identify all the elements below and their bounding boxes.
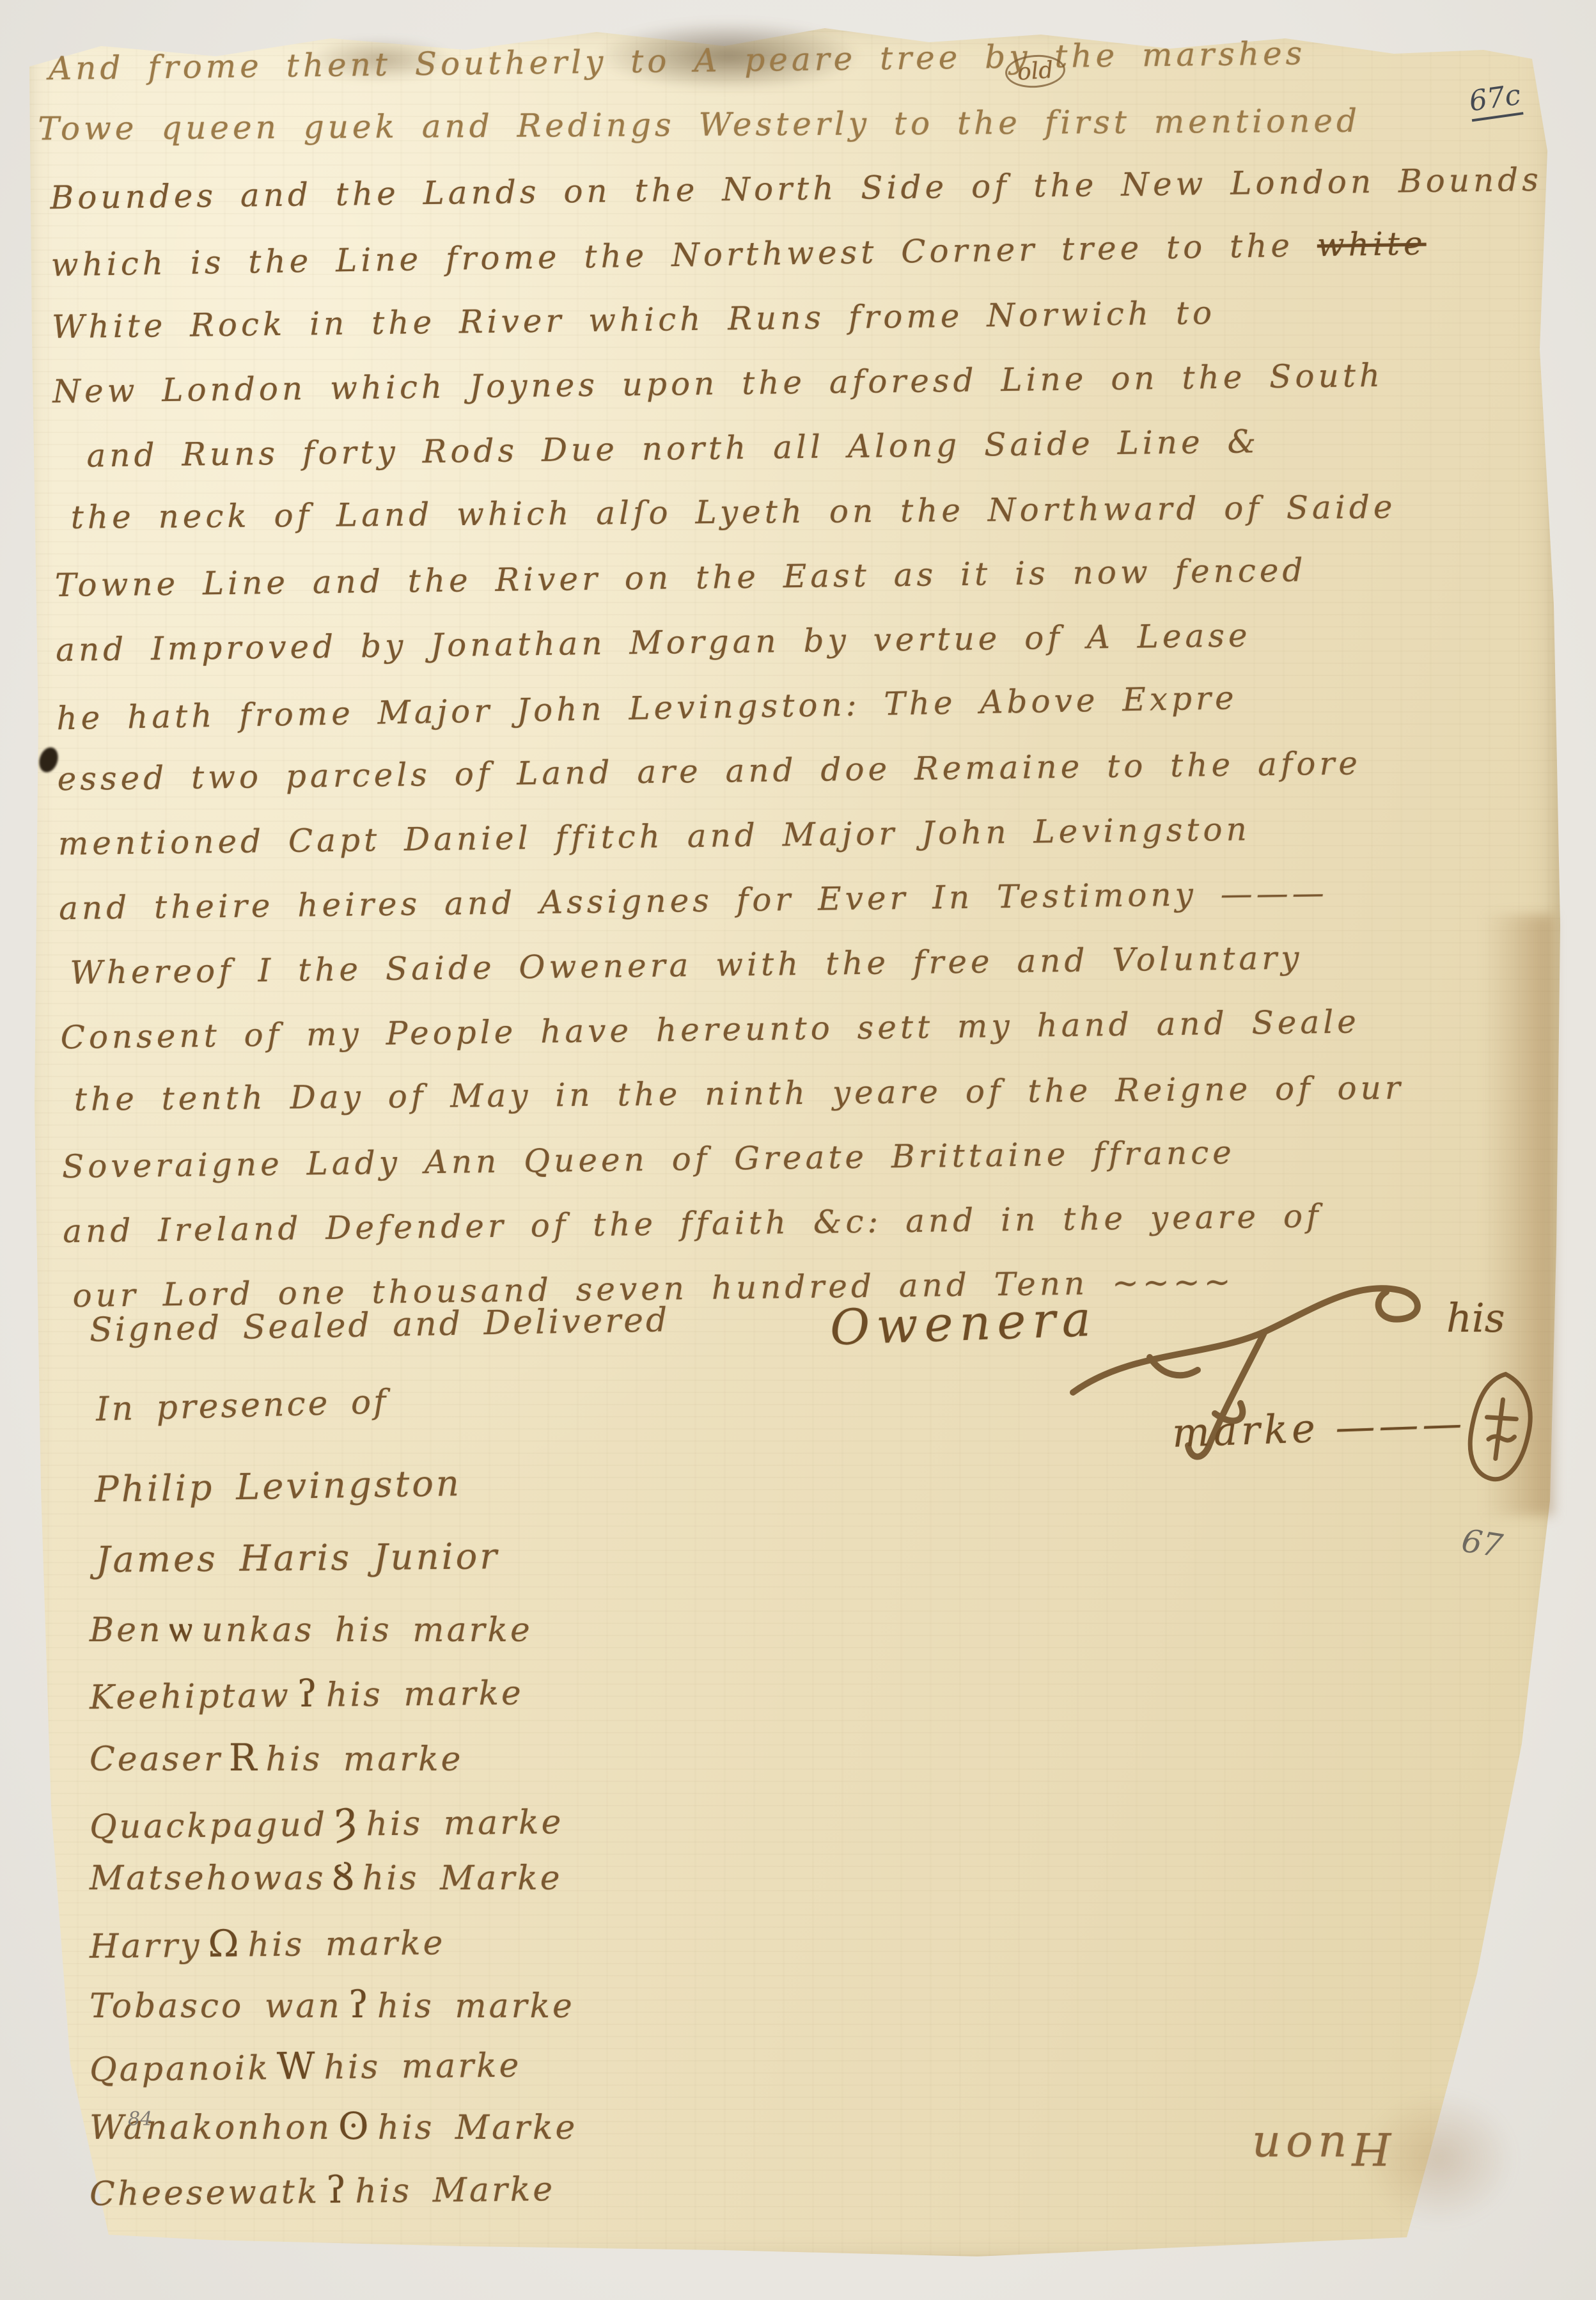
- witness-mark-glyph: ʔ: [342, 1983, 377, 2026]
- struck-out-word: white: [1317, 225, 1427, 264]
- witness-mark-label: his marke: [247, 1924, 445, 1964]
- witness-mark-row: Benѡunkas his marke: [90, 1607, 533, 1650]
- witness-mark-glyph: Ȝ: [327, 1800, 366, 1845]
- deed-body-text: And frome thent Southerly to A peare tre…: [49, 32, 1554, 1342]
- archival-pencil-number-bottom: 84: [128, 2108, 152, 2131]
- wax-seal-mark: [1455, 1362, 1544, 1492]
- witness-mark-glyph: ʔ: [290, 1672, 326, 1716]
- inverted-ink-fragment: Huon: [1247, 2122, 1391, 2175]
- witness-name: Matsehowas: [90, 1859, 326, 1898]
- witness-mark-label: unkas his marke: [201, 1611, 533, 1650]
- witness-name: Ceaser: [90, 1740, 223, 1779]
- witness-mark-glyph: W: [270, 2044, 324, 2088]
- witness-name: Wanakonhon: [90, 2109, 332, 2147]
- witness-name: Keehiptaw: [90, 1676, 291, 1717]
- witness-mark-glyph: ʔ: [320, 2168, 356, 2212]
- witness-mark-row: Keehiptawʔhis marke: [90, 1669, 524, 1717]
- witness-mark-glyph: ʘ: [332, 2104, 378, 2148]
- witness-mark-label: his Marke: [363, 1859, 563, 1898]
- witness-mark-glyph: Ω: [201, 1921, 248, 1965]
- witness-mark-row: QapanoikWhis marke: [90, 2042, 522, 2090]
- witness-mark-row: HarryΩhis marke: [90, 1919, 446, 1967]
- witness-name: Qapanoik: [90, 2049, 270, 2090]
- witness-name: Harry: [90, 1926, 202, 1966]
- witness-name: Tobasco wan: [90, 1987, 342, 2026]
- witness-name: Cheesewatk: [90, 2173, 320, 2214]
- witness-mark-row: Tobasco wanʔhis marke: [90, 1983, 575, 2026]
- witness-mark-label: his marke: [377, 1987, 575, 2026]
- witness-signature: James Haris Junior: [96, 1536, 500, 1581]
- witness-name: Quackpagud: [90, 1806, 328, 1847]
- witness-mark-label: his Marke: [378, 2109, 578, 2147]
- archival-folio-number-top: 67c: [1467, 79, 1523, 122]
- witness-signature: Philip Levingston: [94, 1463, 462, 1511]
- witness-name: Ben: [90, 1611, 162, 1650]
- witness-mark-row: CeaserRhis marke: [90, 1736, 463, 1779]
- witness-mark-glyph: ѡ: [162, 1607, 201, 1650]
- witness-mark-row: MatsehowasȢhis Marke: [90, 1855, 563, 1898]
- witness-mark-glyph: R: [223, 1736, 266, 1779]
- witness-mark-row: Wanakonhonʘhis Marke: [90, 2104, 577, 2148]
- witness-mark-label: his marke: [324, 2046, 521, 2086]
- attestation-line: In presence of: [95, 1383, 389, 1429]
- witness-mark-row: Cheesewatkʔhis Marke: [90, 2166, 556, 2214]
- witness-mark-label: his marke: [366, 1803, 563, 1843]
- witness-mark-label: his marke: [326, 1674, 524, 1714]
- witness-mark-label: his marke: [266, 1740, 464, 1779]
- scanned-document-canvas: And frome thent Southerly to A peare tre…: [0, 0, 1596, 2300]
- witness-mark-row: QuackpagudȜhis marke: [90, 1799, 564, 1847]
- witness-mark-label: his Marke: [355, 2170, 555, 2210]
- archival-folio-number-mid: 67: [1459, 1522, 1505, 1564]
- his-label: his: [1446, 1295, 1505, 1341]
- witness-mark-glyph: Ȣ: [326, 1855, 363, 1898]
